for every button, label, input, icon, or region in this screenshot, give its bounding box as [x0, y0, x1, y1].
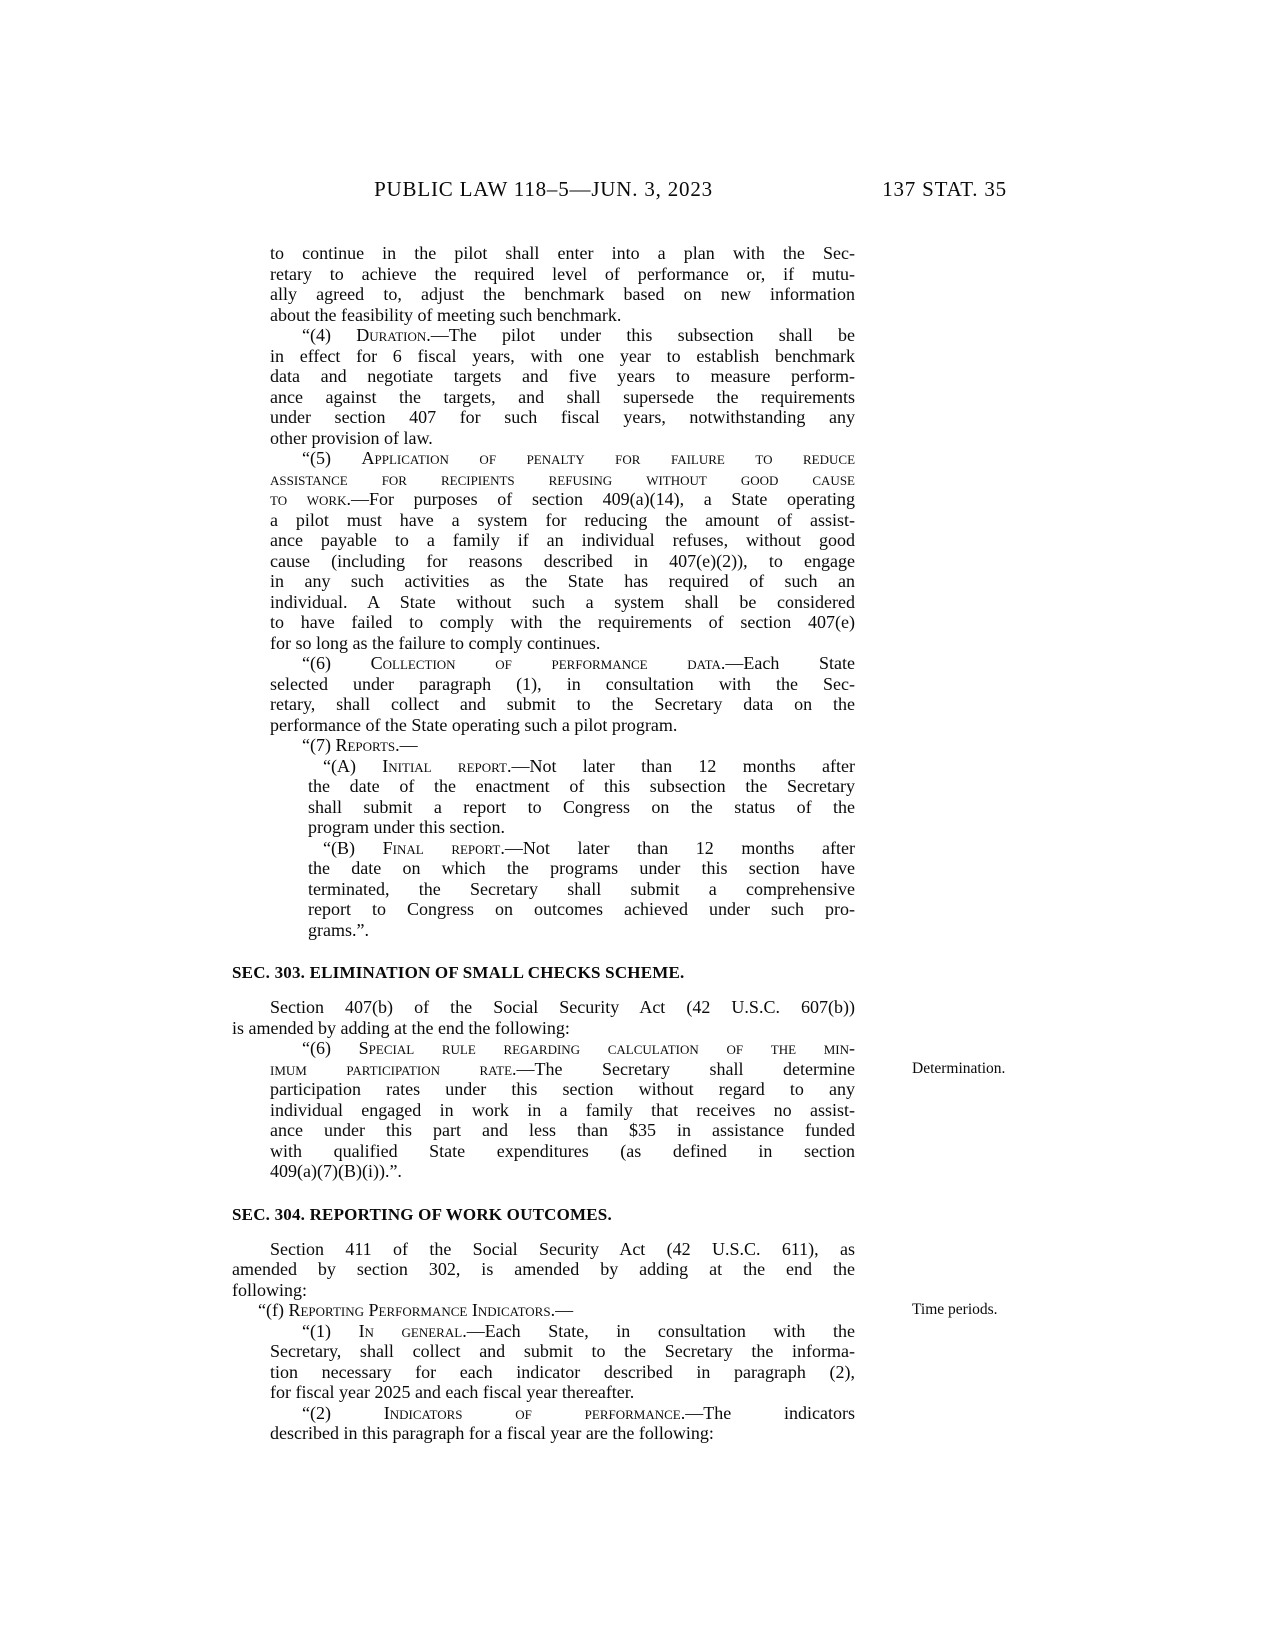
- body-line: described in this paragraph for a fiscal…: [270, 1423, 855, 1444]
- body-line: ance against the targets, and shall supe…: [270, 387, 855, 408]
- body-content: to continue in the pilot shall enter int…: [232, 243, 855, 1444]
- small-caps-term: Reporting Performance Indicators: [288, 1300, 550, 1320]
- body-line: in any such activities as the State has …: [270, 571, 855, 592]
- paragraph: “(B) Final report.—Not later than 12 mon…: [308, 838, 855, 941]
- body-line: for fiscal year 2025 and each fiscal yea…: [270, 1382, 855, 1403]
- body-line: participation rates under this section w…: [270, 1079, 855, 1100]
- section-heading: SEC. 303. ELIMINATION OF SMALL CHECKS SC…: [232, 963, 855, 983]
- body-line: to work.—For purposes of section 409(a)(…: [270, 489, 855, 510]
- body-line: a pilot must have a system for reducing …: [270, 510, 855, 531]
- body-line: grams.”.: [308, 920, 855, 941]
- page-header-title: PUBLIC LAW 118–5—JUN. 3, 2023: [232, 177, 855, 202]
- body-line: is amended by adding at the end the foll…: [232, 1018, 855, 1039]
- body-line: 409(a)(7)(B)(i)).”.: [270, 1161, 855, 1182]
- body-line: “(5) Application of penalty for failure …: [270, 448, 855, 469]
- body-line: other provision of law.: [270, 428, 855, 449]
- small-caps-term: imum participation rate: [270, 1059, 512, 1079]
- body-line: Section 411 of the Social Security Act (…: [232, 1239, 855, 1260]
- body-line: “(6) Special rule regarding calculation …: [270, 1038, 855, 1059]
- body-line: assistance for recipients refusing witho…: [270, 469, 855, 490]
- body-line: cause (including for reasons described i…: [270, 551, 855, 572]
- body-line: the date on which the programs under thi…: [308, 858, 855, 879]
- body-line: in effect for 6 fiscal years, with one y…: [270, 346, 855, 367]
- body-line: under section 407 for such fiscal years,…: [270, 407, 855, 428]
- paragraph: Section 411 of the Social Security Act (…: [232, 1239, 855, 1301]
- body-line: about the feasibility of meeting such be…: [270, 305, 855, 326]
- section-heading: SEC. 304. REPORTING OF WORK OUTCOMES.: [232, 1205, 855, 1225]
- small-caps-term: to work: [270, 489, 346, 509]
- small-caps-term: Final report: [383, 838, 501, 858]
- body-line: Section 407(b) of the Social Security Ac…: [232, 997, 855, 1018]
- small-caps-term: Initial report: [382, 756, 507, 776]
- body-line: tion necessary for each indicator descri…: [270, 1362, 855, 1383]
- body-line: following:: [232, 1280, 855, 1301]
- paragraph: to continue in the pilot shall enter int…: [270, 243, 855, 325]
- body-line: shall submit a report to Congress on the…: [308, 797, 855, 818]
- body-line: the date of the enactment of this subsec…: [308, 776, 855, 797]
- body-line: selected under paragraph (1), in consult…: [270, 674, 855, 695]
- body-line: retary, shall collect and submit to the …: [270, 694, 855, 715]
- body-line: “(2) Indicators of performance.—The indi…: [270, 1403, 855, 1424]
- body-line: retary to achieve the required level of …: [270, 264, 855, 285]
- paragraph: “(A) Initial report.—Not later than 12 m…: [308, 756, 855, 838]
- body-line: with qualified State expenditures (as de…: [270, 1141, 855, 1162]
- body-line: individual. A State without such a syste…: [270, 592, 855, 613]
- body-line: Secretary, shall collect and submit to t…: [270, 1341, 855, 1362]
- small-caps-term: Reports: [335, 735, 395, 755]
- body-line: report to Congress on outcomes achieved …: [308, 899, 855, 920]
- body-line: ance under this part and less than $35 i…: [270, 1120, 855, 1141]
- paragraph: “(2) Indicators of performance.—The indi…: [270, 1403, 855, 1444]
- page-header-stat-number: 137 STAT. 35: [882, 177, 1007, 202]
- paragraph: “(1) In general.—Each State, in consulta…: [270, 1321, 855, 1403]
- body-line: ally agreed to, adjust the benchmark bas…: [270, 284, 855, 305]
- small-caps-term: In general: [359, 1321, 463, 1341]
- small-caps-term: assistance for recipients refusing witho…: [270, 469, 855, 489]
- body-line: to continue in the pilot shall enter int…: [270, 243, 855, 264]
- body-line: amended by section 302, is amended by ad…: [232, 1259, 855, 1280]
- body-line: “(6) Collection of performance data.—Eac…: [270, 653, 855, 674]
- small-caps-term: Duration: [356, 325, 426, 345]
- small-caps-term: Application of penalty for failure to re…: [362, 448, 855, 468]
- body-line: “(7) Reports.—: [270, 735, 855, 756]
- body-line: performance of the State operating such …: [270, 715, 855, 736]
- body-line: terminated, the Secretary shall submit a…: [308, 879, 855, 900]
- margin-note: Determination.: [912, 1060, 1052, 1078]
- paragraph: “(6) Collection of performance data.—Eac…: [270, 653, 855, 735]
- body-line: to have failed to comply with the requir…: [270, 612, 855, 633]
- body-line: “(f) Reporting Performance Indicators.—: [258, 1300, 855, 1321]
- paragraph: “(6) Special rule regarding calculation …: [270, 1038, 855, 1182]
- body-line: individual engaged in work in a family t…: [270, 1100, 855, 1121]
- paragraph: Section 407(b) of the Social Security Ac…: [232, 997, 855, 1038]
- paragraph: “(f) Reporting Performance Indicators.—T…: [258, 1300, 855, 1321]
- body-line: imum participation rate.—The Secretary s…: [270, 1059, 855, 1080]
- body-line: “(B) Final report.—Not later than 12 mon…: [308, 838, 855, 859]
- body-line: for so long as the failure to comply con…: [270, 633, 855, 654]
- body-line: program under this section.: [308, 817, 855, 838]
- paragraph: “(4) Duration.—The pilot under this subs…: [270, 325, 855, 448]
- paragraph: “(5) Application of penalty for failure …: [270, 448, 855, 653]
- small-caps-term: Special rule regarding calculation of th…: [359, 1038, 855, 1058]
- small-caps-term: Indicators of performance: [384, 1403, 681, 1423]
- body-line: ance payable to a family if an individua…: [270, 530, 855, 551]
- small-caps-term: Collection of performance data: [371, 653, 721, 673]
- document-page: PUBLIC LAW 118–5—JUN. 3, 2023 137 STAT. …: [0, 0, 1275, 1650]
- paragraph: “(7) Reports.—: [270, 735, 855, 756]
- body-line: “(4) Duration.—The pilot under this subs…: [270, 325, 855, 346]
- body-line: “(1) In general.—Each State, in consulta…: [270, 1321, 855, 1342]
- margin-note: Time periods.: [912, 1301, 1052, 1319]
- body-line: “(A) Initial report.—Not later than 12 m…: [308, 756, 855, 777]
- body-line: data and negotiate targets and five year…: [270, 366, 855, 387]
